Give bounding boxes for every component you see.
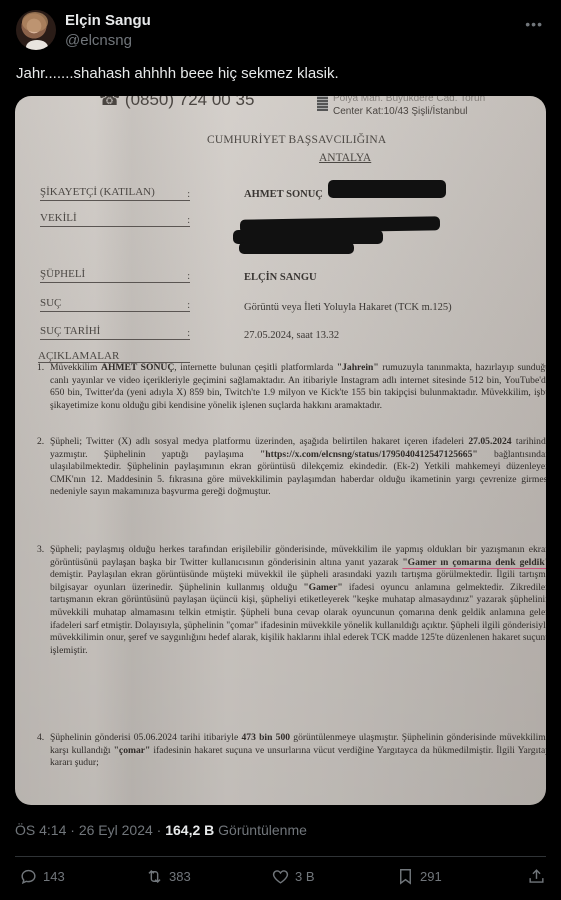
reply-button[interactable]: 143 <box>19 867 65 886</box>
separator: · <box>70 822 75 838</box>
bookmark-count: 291 <box>420 869 442 884</box>
divider <box>15 856 546 857</box>
quoted-word: "Gamer" <box>303 582 342 593</box>
paragraph-number: 2. <box>37 436 44 449</box>
more-options-icon[interactable]: ••• <box>525 16 543 32</box>
text-run: Müvekkilim <box>50 362 101 373</box>
field-label-crime-date: SUÇ TARİHİ: <box>40 325 190 340</box>
bookmark-icon <box>396 867 415 886</box>
label-text: SUÇ TARİHİ <box>40 325 100 337</box>
paragraph-number: 3. <box>37 544 44 557</box>
post-time[interactable]: ÖS 4:14 <box>15 822 66 838</box>
post-date[interactable]: 26 Eyl 2024 <box>79 822 153 838</box>
letterhead-phone: ☎ (0850) 724 00 35 <box>99 96 254 110</box>
avatar[interactable] <box>16 10 56 50</box>
quoted-word: "çomar" <box>114 745 151 756</box>
tweet-meta: ÖS 4:14 · 26 Eyl 2024 · 164,2 B Görüntül… <box>15 822 307 838</box>
address-line-2: Center Kat:10/43 Şişli/İstanbul <box>333 105 485 118</box>
office-city: ANTALYA <box>319 152 371 164</box>
display-name[interactable]: Elçin Sangu <box>65 11 151 31</box>
tweet-media-image[interactable]: ☎ (0850) 724 00 35 Polya Mah. Büyükdere … <box>15 96 546 805</box>
building-icon <box>317 96 328 111</box>
view-count: 473 bin 500 <box>241 732 290 743</box>
like-count: 3 B <box>295 869 315 884</box>
avatar-shoulder <box>26 40 48 50</box>
client-name: AHMET SONUÇ <box>101 362 174 373</box>
handle[interactable]: @elcnsng <box>65 31 151 51</box>
field-value-complainant: AHMET SONUÇ <box>244 189 323 200</box>
avatar-hair <box>22 12 48 32</box>
paragraph-number: 4. <box>37 732 44 745</box>
separator: · <box>157 822 162 838</box>
label-text: VEKİLİ <box>40 212 77 224</box>
views-count: 164,2 B <box>165 822 214 838</box>
tweet-header: Elçin Sangu @elcnsng ••• <box>16 10 545 54</box>
action-bar: 143 383 3 B 291 <box>15 865 546 893</box>
reply-icon <box>19 867 38 886</box>
quoted-phrase: "Gamer ın çomarına denk geldik" <box>402 557 546 568</box>
field-value-crime-date: 27.05.2024, saat 13.32 <box>244 330 339 341</box>
text-run: , internette bulunan çeşitli platformlar… <box>174 362 337 373</box>
redaction-mark <box>328 180 446 198</box>
field-label-attorney: VEKİLİ: <box>40 212 190 227</box>
heart-icon <box>271 867 290 886</box>
field-label-suspect: ŞÜPHELİ: <box>40 268 190 283</box>
reply-count: 143 <box>43 869 65 884</box>
address-line-1: Polya Mah. Büyükdere Cad. Torun <box>333 96 485 105</box>
tweet-text: Jahr.......shahash ahhhh beee hiç sekmez… <box>16 64 339 84</box>
field-value-suspect: ELÇİN SANGU <box>244 272 317 283</box>
like-button[interactable]: 3 B <box>271 867 315 886</box>
repost-count: 383 <box>169 869 191 884</box>
text-run: Şüpheli; Twitter (X) adlı sosyal medya p… <box>50 436 468 447</box>
text-run: Şüphelinin gönderisi 05.06.2024 tarihi i… <box>50 732 241 743</box>
repost-icon <box>145 867 164 886</box>
paragraph-2: 2. Şüpheli; Twitter (X) adlı sosyal medy… <box>50 436 546 499</box>
paragraph-3: 3. Şüpheli; paylaşmış olduğu herkes tara… <box>50 544 546 657</box>
repost-button[interactable]: 383 <box>145 867 191 886</box>
views-label: Görüntülenme <box>218 822 307 838</box>
share-icon <box>527 867 546 886</box>
label-text: ŞİKAYETÇİ (KATILAN) <box>40 186 155 198</box>
office-title: CUMHURİYET BAŞSAVCILIĞINA <box>207 134 386 146</box>
share-button[interactable] <box>527 867 546 886</box>
nickname: "Jahrein" <box>337 362 379 373</box>
complaint-document: ☎ (0850) 724 00 35 Polya Mah. Büyükdere … <box>15 96 546 805</box>
paragraph-1: 1. Müvekkilim AHMET SONUÇ, internette bu… <box>50 362 546 412</box>
letterhead-address: Polya Mah. Büyükdere Cad. Torun Center K… <box>333 96 485 118</box>
label-text: ŞÜPHELİ <box>40 268 85 280</box>
field-label-complainant: ŞİKAYETÇİ (KATILAN): <box>40 186 190 201</box>
paragraph-number: 1. <box>37 362 44 375</box>
redaction-mark <box>239 242 354 254</box>
phone-number: (0850) 724 00 35 <box>125 96 255 109</box>
post-url: "https://x.com/elcnsng/status/1795040412… <box>260 449 478 460</box>
paragraph-4: 4. Şüphelinin gönderisi 05.06.2024 tarih… <box>50 732 546 770</box>
post-date: 27.05.2024 <box>468 436 511 447</box>
label-text: SUÇ <box>40 297 61 309</box>
field-label-crime: SUÇ: <box>40 297 190 312</box>
field-value-crime: Görüntü veya İleti Yoluyla Hakaret (TCK … <box>244 302 452 313</box>
author-names: Elçin Sangu @elcnsng <box>65 11 151 51</box>
bookmark-button[interactable]: 291 <box>396 867 442 886</box>
